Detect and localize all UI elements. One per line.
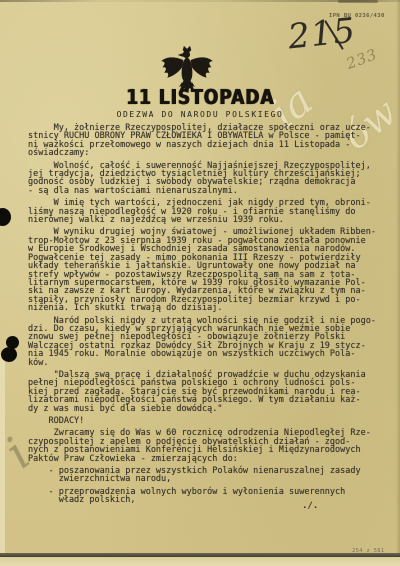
- paragraph: Zwracamy się do Was w 60 rocznicę odrodz…: [28, 429, 384, 463]
- paragraph: My, żołnierze Rzeczypospolitej, działacz…: [28, 124, 384, 158]
- scanned-document-page: ia ów i IPN BU 0236/430 215 233 11 LISTO…: [0, 0, 400, 566]
- paragraph: W imię tych wartości, zjednoczeni jak ni…: [28, 199, 384, 224]
- paragraph: - poszanowania przez wszystkich Polaków …: [28, 467, 384, 484]
- scan-edge-right: [396, 0, 400, 566]
- document-subtitle: ODEZWA DO NARODU POLSKIEGO: [0, 110, 400, 119]
- document-body: My, żołnierze Rzeczypospolitej, działacz…: [28, 124, 384, 509]
- handwritten-page-number: 215: [286, 11, 358, 58]
- scan-edge-bottom-strip: [0, 557, 400, 566]
- paragraph: "Dalszą swą pracę i działalność prowadźc…: [28, 371, 384, 413]
- paragraph: W wyniku drugiej wojny światowej - umożl…: [28, 228, 384, 312]
- paragraph: Wolność, całość i suwerenność Najjaśniej…: [28, 162, 384, 196]
- paragraph: Naród polski nigdy z utratą wolności się…: [28, 317, 384, 367]
- ink-blot: [0, 208, 11, 226]
- document-title: 11 LISTOPADA: [0, 86, 400, 110]
- scan-smudge: [338, 0, 378, 3]
- paragraph: - przeprowadzenia wolnych wyborów i wyło…: [28, 488, 384, 505]
- scan-edge-left: [0, 355, 5, 553]
- paragraph: RODACY!: [28, 417, 384, 425]
- closing-mark: ./.: [302, 501, 318, 511]
